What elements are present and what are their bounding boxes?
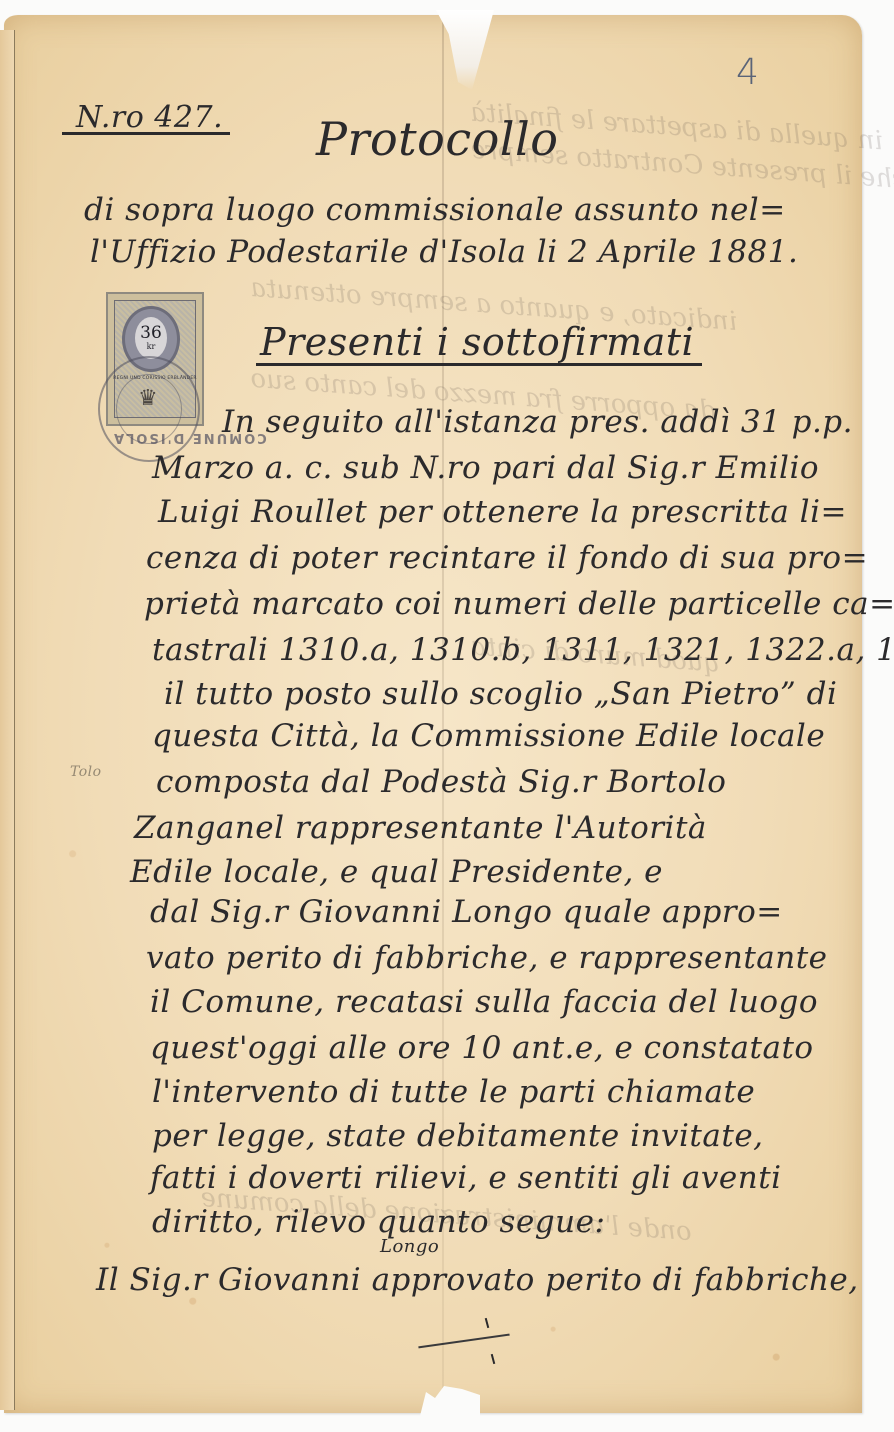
document-title: Protocollo <box>316 112 558 166</box>
stamp-value: 36 <box>140 325 162 342</box>
stamp-unit: kr <box>147 342 156 351</box>
body-line: Marzo a. c. sub N.ro pari dal Sig.r Emil… <box>152 450 819 486</box>
body-line: dal Sig.r Giovanni Longo quale appro= <box>150 894 783 930</box>
body-line: In seguito all'istanza pres. addì 31 p.p… <box>222 404 853 440</box>
body-line: cenza di poter recintare il fondo di sua… <box>146 540 868 576</box>
body-line: Zanganel rappresentante l'Autorità <box>134 810 707 846</box>
adjacent-page-edge <box>0 30 15 1410</box>
document-number-underline <box>62 132 230 135</box>
document-scan: in quella di aspettare le finalità che i… <box>0 0 894 1432</box>
body-line: Edile locale, e qual Presidente, e <box>130 854 663 890</box>
document-number: N.ro 427. <box>76 100 223 135</box>
body-line: il Comune, recatasi sulla faccia del luo… <box>150 984 818 1020</box>
body-line: fatti i doverti rilievi, e sentiti gli a… <box>150 1160 782 1196</box>
heading-line: di sopra luogo commissionale assunto nel… <box>84 192 786 228</box>
body-line: diritto, rilevo quanto segue: <box>152 1204 605 1240</box>
folio-number: 4 <box>736 52 759 93</box>
interlinear-insertion: Longo <box>380 1236 439 1257</box>
margin-note: Tolo <box>70 764 102 780</box>
body-line: il tutto posto sullo scoglio „San Pietro… <box>164 676 837 712</box>
closing-line: Il Sig.r Giovanni approvato perito di fa… <box>96 1262 859 1298</box>
subtitle-underline <box>256 363 702 366</box>
body-line: l'intervento di tutte le parti chiamate <box>152 1074 755 1110</box>
body-line: vato perito di fabbriche, e rappresentan… <box>146 940 828 976</box>
postmark-seal <box>98 356 200 462</box>
body-line: per legge, state debitamente invitate, <box>152 1118 764 1154</box>
body-line: quest'oggi alle ore 10 ant.e, e constata… <box>150 1030 814 1066</box>
stamp-value-panel: 36 kr <box>135 317 167 359</box>
body-line: Luigi Roullet per ottenere la prescritta… <box>158 494 847 530</box>
body-line: questa Città, la Commissione Edile local… <box>152 718 825 754</box>
body-line: tastrali 1310.a, 1310.b, 1311, 1321, 132… <box>152 632 894 668</box>
body-line: prietà marcato coi numeri delle particel… <box>144 586 894 622</box>
document-subtitle: Presenti i sottofirmati <box>260 320 694 364</box>
heading-line: l'Uffizio Podestarile d'Isola li 2 April… <box>90 234 798 270</box>
body-line: composta dal Podestà Sig.r Bortolo <box>156 764 726 800</box>
